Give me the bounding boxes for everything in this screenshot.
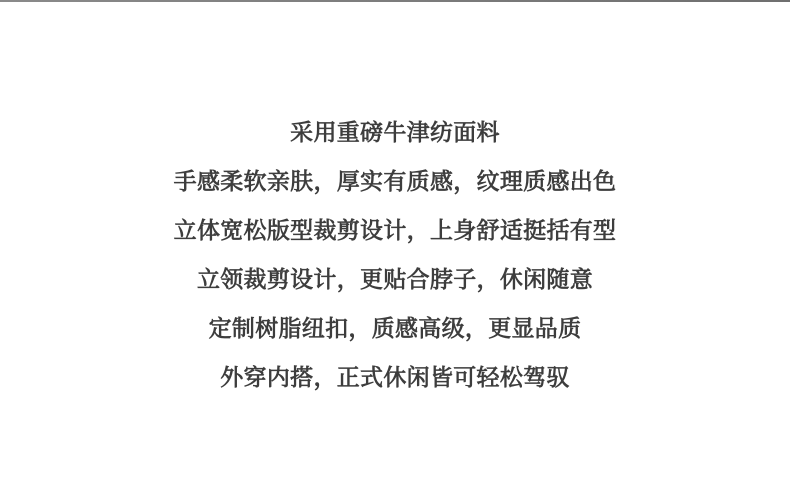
description-line-texture: 手感柔软亲肤，厚实有质感，纹理质感出色 xyxy=(0,157,790,206)
description-line-cut: 立体宽松版型裁剪设计，上身舒适挺括有型 xyxy=(0,206,790,255)
description-line-styling: 外穿内搭，正式休闲皆可轻松驾驭 xyxy=(0,353,790,402)
product-description: 采用重磅牛津纺面料 手感柔软亲肤，厚实有质感，纹理质感出色 立体宽松版型裁剪设计… xyxy=(0,108,790,402)
description-line-buttons: 定制树脂纽扣，质感高级，更显品质 xyxy=(0,304,790,353)
description-line-collar: 立领裁剪设计，更贴合脖子，休闲随意 xyxy=(0,255,790,304)
section-top-divider xyxy=(0,0,790,2)
description-line-fabric: 采用重磅牛津纺面料 xyxy=(0,108,790,157)
